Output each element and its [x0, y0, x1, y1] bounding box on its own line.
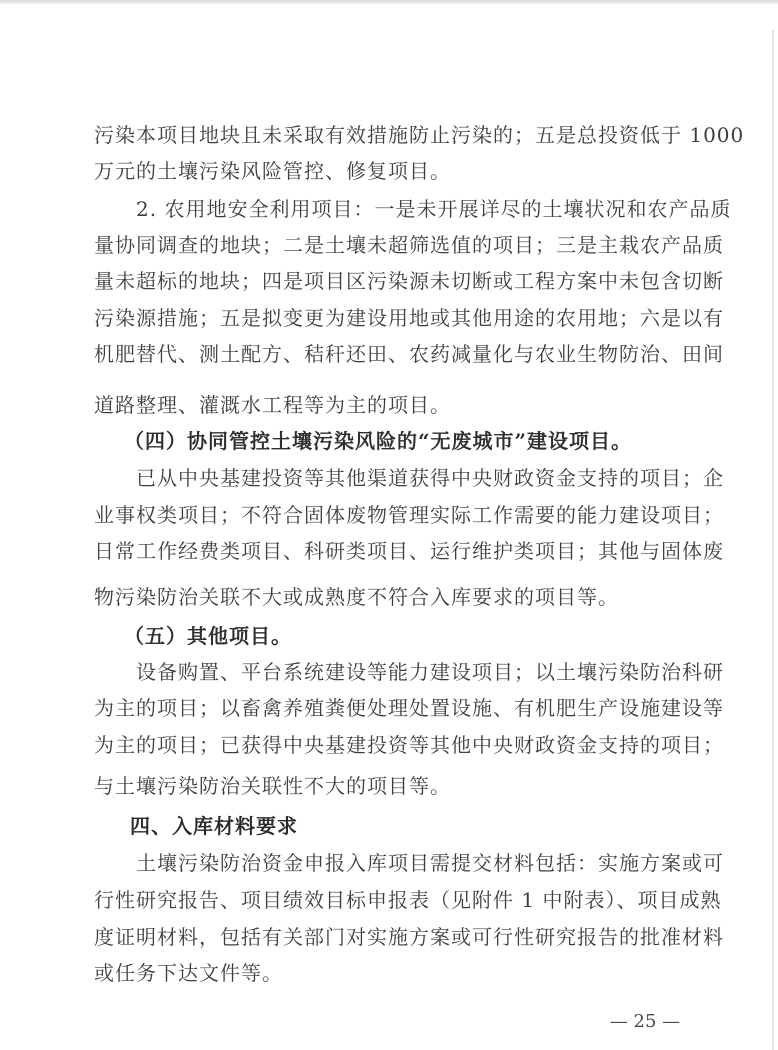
text-line: 土壤污染防治资金申报入库项目需提交材料包括：实施方案或可	[136, 850, 736, 876]
text-line: 业事权类项目；不符合固体废物管理实际工作需要的能力建设项目；	[94, 502, 694, 528]
text-line: 设备购置、平台系统建设等能力建设项目；以土壤污染防治科研	[136, 659, 736, 685]
text-line: 物污染防治关联不大或成熟度不符合入库要求的项目等。	[94, 584, 694, 610]
text-line: 量未超标的地块；四是项目区污染源未切断或工程方案中未包含切断	[94, 268, 694, 294]
text-line: 度证明材料，包括有关部门对实施方案或可行性研究报告的批准材料	[94, 924, 694, 950]
text-line: 机肥替代、测土配方、秸秆还田、农药减量化与农业生物防治、田间	[94, 341, 694, 367]
text-line: 道路整理、灌溉水工程等为主的项目。	[94, 392, 694, 418]
text-line: 2. 农用地安全利用项目：一是未开展详尽的土壤状况和农产品质	[136, 196, 736, 222]
page-number: — 25 —	[600, 1010, 690, 1034]
text-line: 或任务下达文件等。	[94, 960, 694, 986]
section-heading-materials: 四、入库材料要求	[130, 813, 730, 839]
text-line: 污染源措施；五是拟变更为建设用地或其他用途的农用地；六是以有	[94, 305, 694, 331]
text-line: 行性研究报告、项目绩效目标申报表（见附件 1 中附表）、项目成熟	[94, 887, 694, 913]
text-line: 与土壤污染防治关联性不大的项目等。	[94, 773, 694, 799]
text-line: 为主的项目；已获得中央基建投资等其他中央财政资金支持的项目；	[94, 732, 694, 758]
text-line: 日常工作经费类项目、科研类项目、运行维护类项目；其他与固体废	[94, 538, 694, 564]
document-page: 污染本项目地块且未采取有效措施防止污染的；五是总投资低于 1000 万元的土壤污…	[0, 0, 778, 1050]
text-line: 为主的项目；以畜禽养殖粪便处理处置设施、有机肥生产设施建设等	[94, 695, 694, 721]
text-line: 万元的土壤污染风险管控、修复项目。	[94, 158, 694, 184]
text-line: 量协同调查的地块；二是土壤未超筛选值的项目；三是主栽农产品质	[94, 232, 694, 258]
section-heading-4: （四）协同管控土壤污染风险的“无废城市”建设项目。	[124, 428, 724, 454]
section-heading-5: （五）其他项目。	[124, 623, 724, 649]
text-line: 已从中央基建投资等其他渠道获得中央财政资金支持的项目；企	[136, 465, 736, 491]
text-line: 污染本项目地块且未采取有效措施防止污染的；五是总投资低于 1000	[94, 122, 694, 148]
